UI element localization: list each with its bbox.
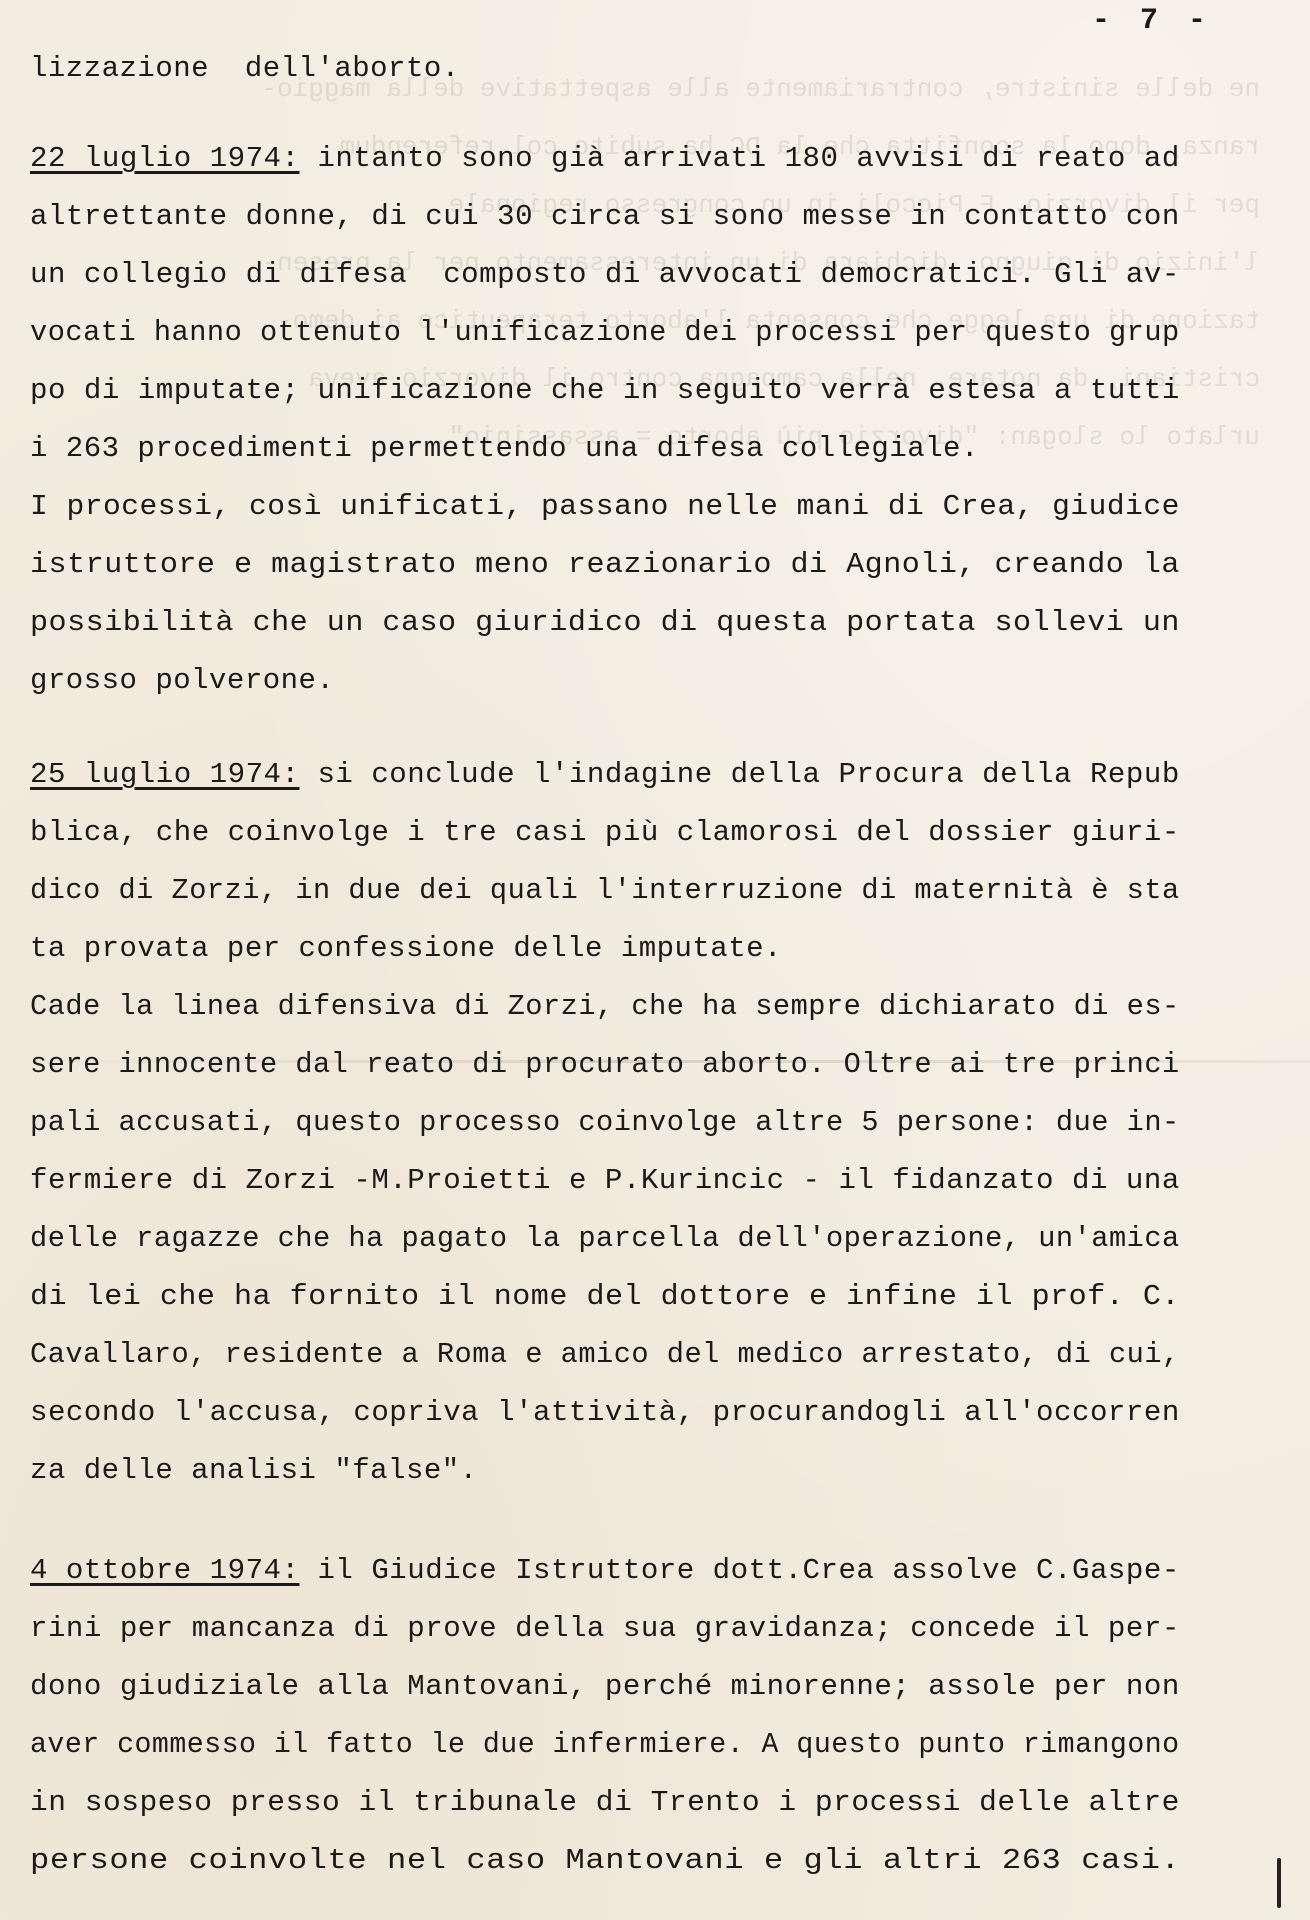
text-line: lizzazione dell'aborto. xyxy=(30,52,460,85)
text-line: dono giudiziale alla Mantovani, perché m… xyxy=(30,1670,1180,1703)
entry-25-luglio: 25 luglio 1974: si conclude l'indagine d… xyxy=(30,758,1180,791)
text-line: i 263 procedimenti permettendo una difes… xyxy=(30,432,979,465)
text-line: Cavallaro, residente a Roma e amico del … xyxy=(30,1338,1180,1371)
text-line: pali accusati, questo processo coinvolge… xyxy=(30,1106,1180,1139)
text-line: fermiere di Zorzi -M.Proietti e P.Kurinc… xyxy=(30,1164,1180,1197)
text-line: po di imputate; unificazione che in segu… xyxy=(30,374,1180,407)
entry-date: 25 luglio 1974: xyxy=(30,758,299,791)
text-line: rini per mancanza di prove della sua gra… xyxy=(30,1612,1180,1645)
text-line: I processi, così unificati, passano nell… xyxy=(30,490,1180,523)
text-line: sere innocente dal reato di procurato ab… xyxy=(30,1048,1180,1081)
text-line: vocati hanno ottenuto l'unificazione dei… xyxy=(30,316,1180,349)
text-line: ta provata per confessione delle imputat… xyxy=(30,932,782,965)
page-number: - 7 - xyxy=(1092,4,1212,38)
text-line: possibilità che un caso giuridico di que… xyxy=(30,606,1180,639)
entry-date: 22 luglio 1974: xyxy=(30,142,299,175)
text-line: za delle analisi "false". xyxy=(30,1454,478,1487)
text-line: grosso polverone. xyxy=(30,664,334,697)
text-line: in sospeso presso il tribunale di Trento… xyxy=(30,1786,1180,1819)
text-line: di lei che ha fornito il nome del dottor… xyxy=(30,1280,1180,1313)
text-line: aver commesso il fatto le due infermiere… xyxy=(30,1728,1180,1761)
text-line: secondo l'accusa, copriva l'attività, pr… xyxy=(30,1396,1180,1429)
text-line: delle ragazze che ha pagato la parcella … xyxy=(30,1222,1180,1255)
text-line: persone coinvolte nel caso Mantovani e g… xyxy=(30,1844,1180,1877)
staple-mark xyxy=(1277,1858,1281,1908)
entry-date: 4 ottobre 1974: xyxy=(30,1554,299,1587)
entry-22-luglio: 22 luglio 1974: intanto sono già arrivat… xyxy=(30,142,1180,175)
text-line: un collegio di difesa composto di avvoca… xyxy=(30,258,1180,291)
entry-4-ottobre: 4 ottobre 1974: il Giudice Istruttore do… xyxy=(30,1554,1180,1587)
text-line: dico di Zorzi, in due dei quali l'interr… xyxy=(30,874,1180,907)
text-line: istruttore e magistrato meno reazionario… xyxy=(30,548,1180,581)
text-line: altrettante donne, di cui 30 circa si so… xyxy=(30,200,1180,233)
text-line: blica, che coinvolge i tre casi più clam… xyxy=(30,816,1180,849)
text-line: Cade la linea difensiva di Zorzi, che ha… xyxy=(30,990,1180,1023)
